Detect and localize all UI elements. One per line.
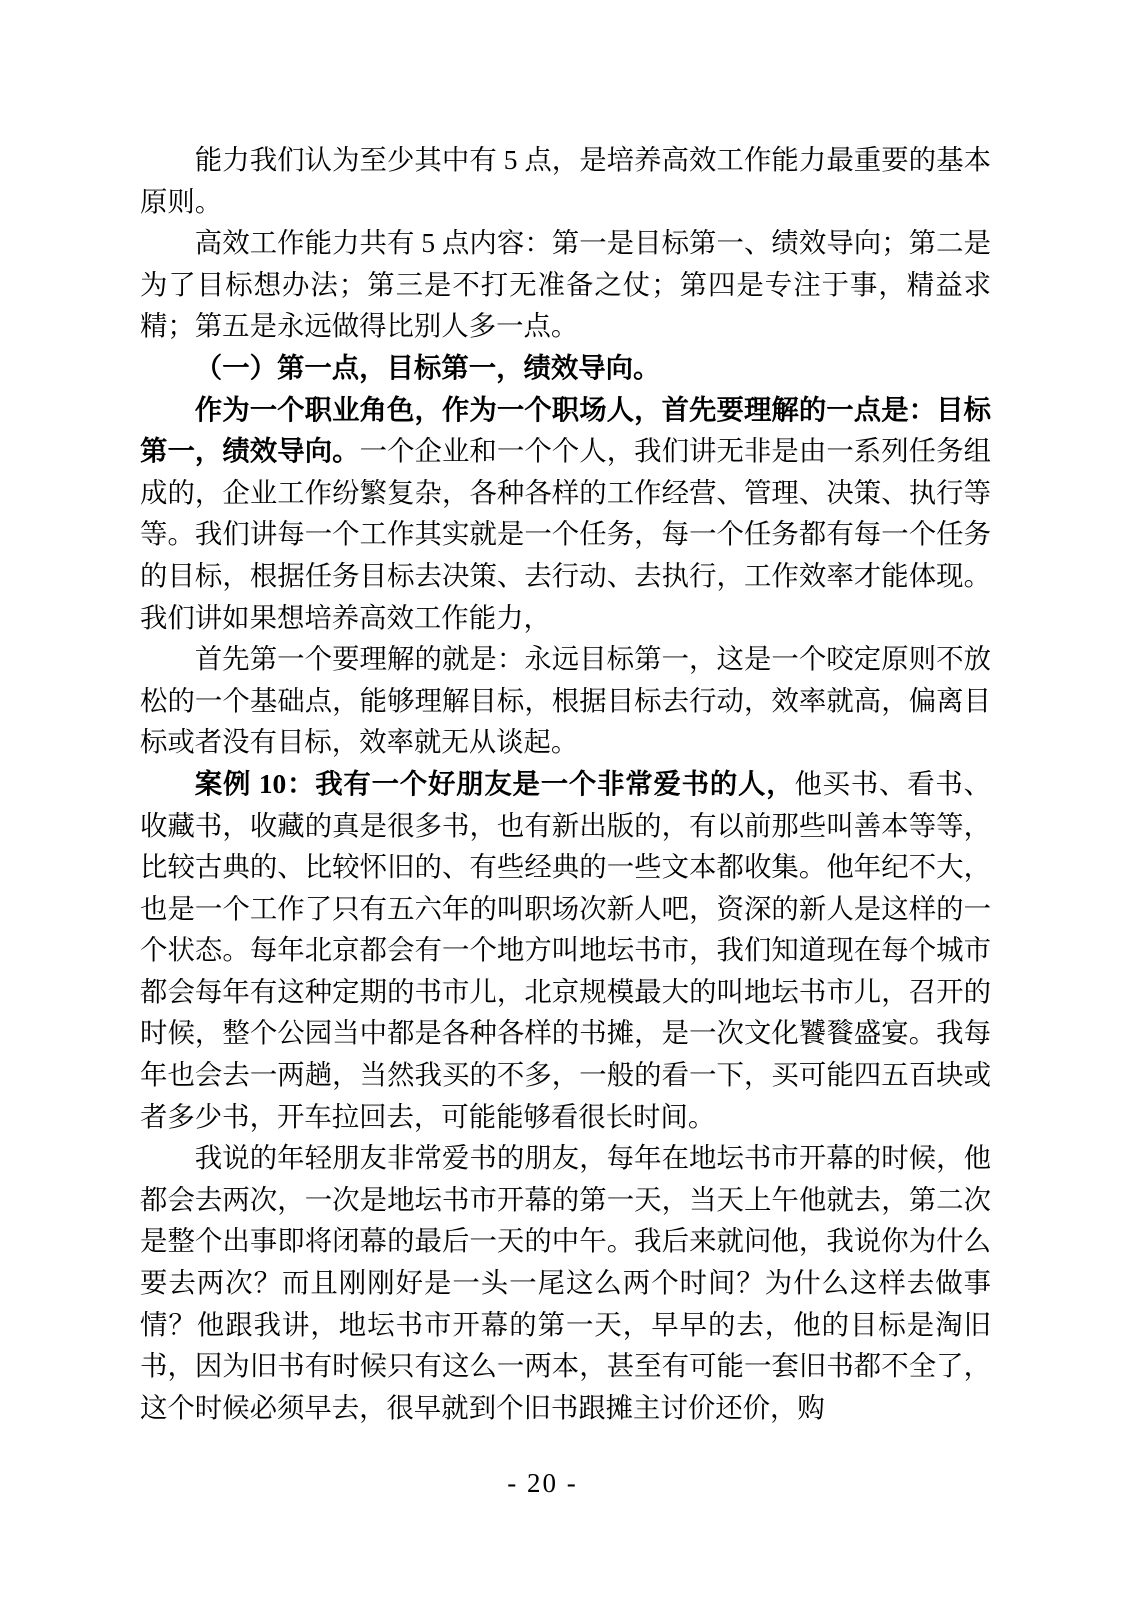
text-segment: 高效工作能力共有 5 点内容：第一是目标第一、绩效导向；第二是为了目标想办法；第…: [140, 228, 991, 341]
document-text: 能力我们认为至少其中有 5 点，是培养高效工作能力最重要的基本原则。高效工作能力…: [140, 140, 991, 1429]
paragraph-role: 作为一个职业角色，作为一个职场人，首先要理解的一点是：目标第一，绩效导向。一个企…: [140, 390, 991, 640]
heading-point-one: （一）第一点，目标第一，绩效导向。: [140, 348, 991, 390]
text-segment-bold: 案例 10：我有一个好朋友是一个非常爱书的人，: [195, 769, 795, 799]
paragraph-intro: 能力我们认为至少其中有 5 点，是培养高效工作能力最重要的基本原则。: [140, 140, 991, 223]
text-segment: 我说的年轻朋友非常爱书的朋友，每年在地坛书市开幕的时候，他都会去两次，一次是地坛…: [140, 1143, 991, 1423]
page-number: - 20 -: [0, 1468, 1085, 1498]
text-segment: 他买书、看书、收藏书，收藏的真是很多书，也有新出版的，有以前那些叫善本等等，比较…: [140, 769, 991, 1132]
paragraph-case-10: 案例 10：我有一个好朋友是一个非常爱书的人，他买书、看书、收藏书，收藏的真是很…: [140, 764, 991, 1138]
text-segment: 能力我们认为至少其中有 5 点，是培养高效工作能力最重要的基本原则。: [140, 145, 991, 217]
text-segment: 首先第一个要理解的就是：永远目标第一，这是一个咬定原则不放松的一个基础点，能够理…: [140, 644, 991, 757]
text-segment-bold: （一）第一点，目标第一，绩效导向。: [195, 353, 661, 383]
paragraph-first-understand: 首先第一个要理解的就是：永远目标第一，这是一个咬定原则不放松的一个基础点，能够理…: [140, 639, 991, 764]
paragraph-five-points: 高效工作能力共有 5 点内容：第一是目标第一、绩效导向；第二是为了目标想办法；第…: [140, 223, 991, 348]
document-page: 能力我们认为至少其中有 5 点，是培养高效工作能力最重要的基本原则。高效工作能力…: [0, 0, 1131, 1600]
paragraph-two-visits: 我说的年轻朋友非常爱书的朋友，每年在地坛书市开幕的时候，他都会去两次，一次是地坛…: [140, 1138, 991, 1429]
